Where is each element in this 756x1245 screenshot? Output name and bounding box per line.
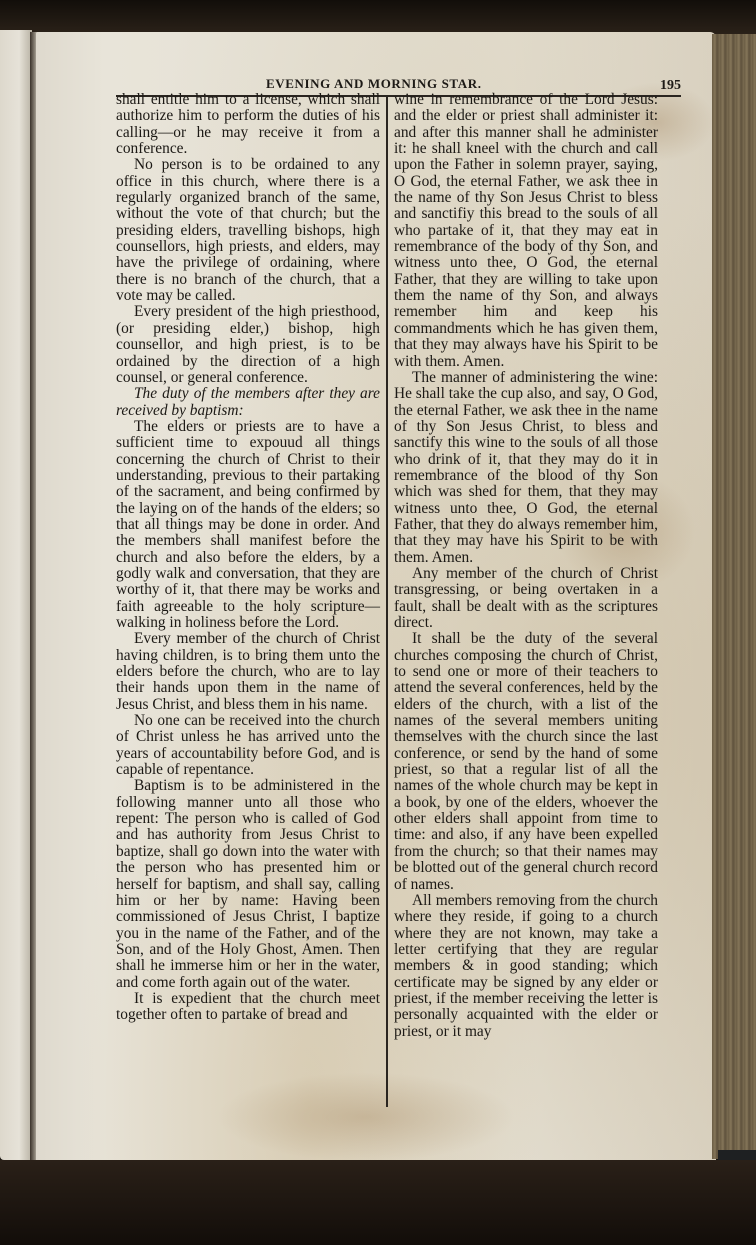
- paragraph: No person is to be ordained to any offic…: [116, 157, 380, 304]
- column-rule: [386, 97, 388, 1107]
- paragraph: It is expedient that the church meet tog…: [116, 991, 380, 1024]
- paragraph: All members removing from the church whe…: [394, 893, 658, 1040]
- section-heading: The duty of the members after they are r…: [116, 386, 380, 419]
- paragraph: Any member of the church of Christ trans…: [394, 566, 658, 631]
- page-block-edges: [712, 34, 756, 1159]
- background-bottom: [0, 1160, 756, 1245]
- paragraph: No one can be received into the church o…: [116, 713, 380, 778]
- right-column: wine in remembrance of the Lord Jesus: a…: [394, 92, 658, 1040]
- facing-page-edge: [0, 30, 32, 1160]
- paragraph: It shall be the duty of the several chur…: [394, 631, 658, 893]
- running-title: EVENING AND MORNING STAR.: [266, 76, 482, 92]
- paragraph: Every president of the high priesthood, …: [116, 304, 380, 386]
- background-top: [0, 0, 756, 34]
- water-stain: [216, 1072, 516, 1162]
- paragraph: Every member of the church of Christ hav…: [116, 631, 380, 713]
- paragraph: The elders or priests are to have a suff…: [116, 419, 380, 631]
- paragraph: Baptism is to be administered in the fol…: [116, 778, 380, 990]
- paragraph: wine in remembrance of the Lord Jesus: a…: [394, 92, 658, 370]
- paragraph: shall entitle him to a license, which sh…: [116, 92, 380, 157]
- page-number: 195: [660, 78, 681, 94]
- left-column: shall entitle him to a license, which sh…: [116, 92, 380, 1024]
- paragraph: The manner of administering the wine: He…: [394, 370, 658, 566]
